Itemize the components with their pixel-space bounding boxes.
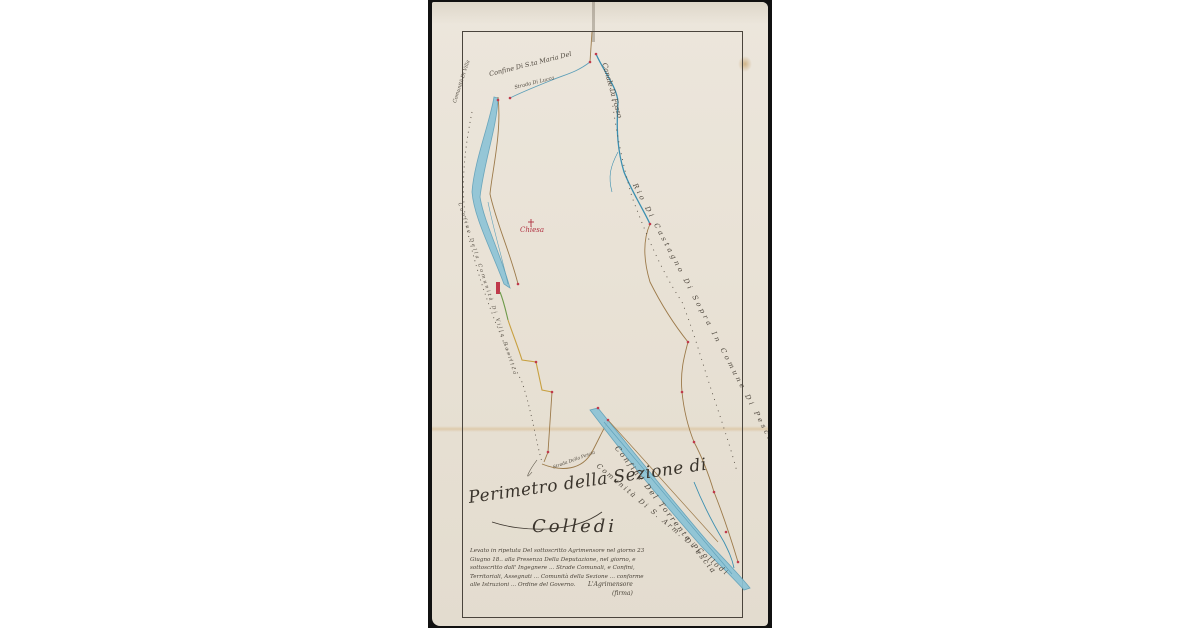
church-label: Chiesa [520,226,544,234]
yellow-boundary-segment [508,320,552,392]
signature-line-2: (firma) [588,589,633,598]
map-title-line-2: Colledi [532,516,617,537]
right-dotted-boundary [610,82,737,472]
red-marker [496,282,500,294]
left-dotted-boundary [463,112,542,462]
green-boundary-segment [500,292,508,320]
map-sheet: Chiesa Confine Di S.ta Maria Del Strada … [432,2,768,626]
top-boundary-line [590,32,592,62]
signature: L'Agrimensore (firma) [588,580,633,598]
signature-line-1: L'Agrimensore [588,580,633,589]
